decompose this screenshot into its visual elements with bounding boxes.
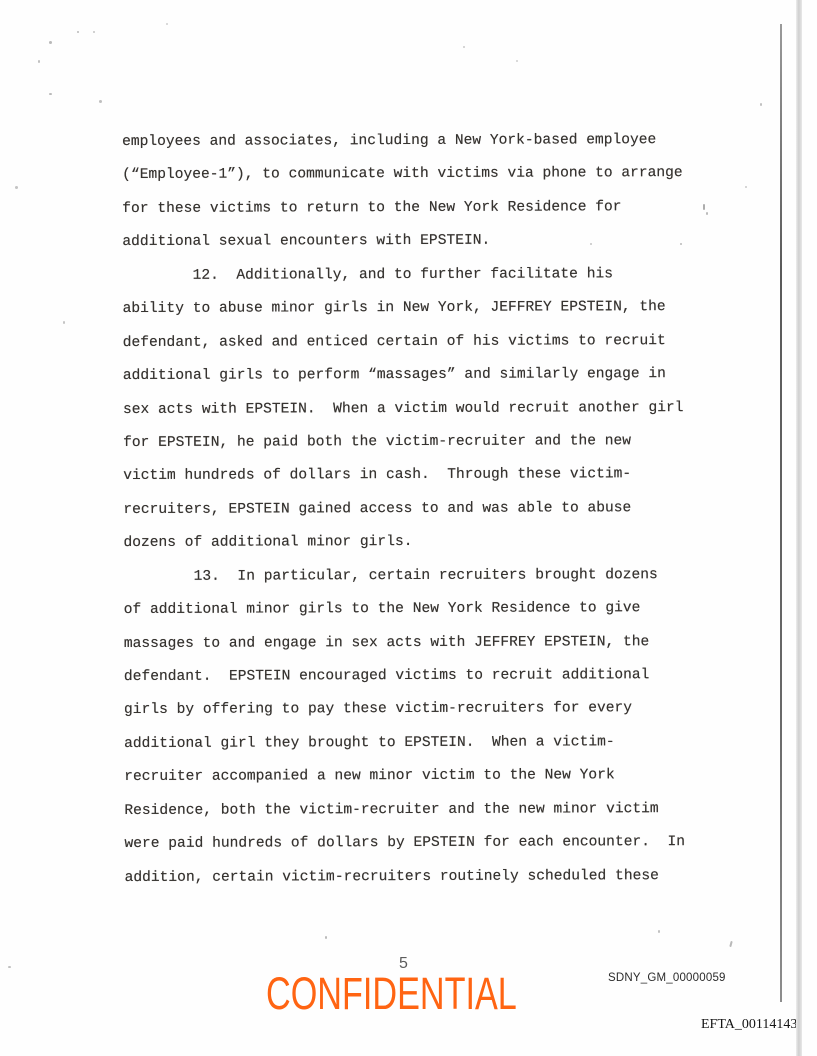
- body-text: employees and associates, including a Ne…: [122, 124, 715, 895]
- efta-number: EFTA_00114143: [701, 1017, 797, 1033]
- text-line: 13. In particular, certain recruiters br…: [124, 559, 714, 594]
- scan-speck: [658, 930, 660, 933]
- text-line: defendant. EPSTEIN encouraged victims to…: [124, 659, 714, 694]
- document-page: employees and associates, including a Ne…: [0, 0, 817, 1056]
- scan-speck: [49, 41, 52, 44]
- text-line: victim hundreds of dollars in cash. Thro…: [123, 458, 713, 493]
- text-line: dozens of additional minor girls.: [123, 525, 713, 560]
- scan-speck: [93, 31, 95, 33]
- text-line: were paid hundreds of dollars by EPSTEIN…: [124, 826, 714, 861]
- text-line: sex acts with EPSTEIN. When a victim wou…: [123, 391, 713, 426]
- scan-speck: [15, 186, 18, 189]
- scan-speck: [706, 212, 708, 215]
- page-edge-line: [780, 24, 782, 1002]
- scan-speck: [63, 321, 65, 324]
- scan-speck: [680, 243, 682, 245]
- text-line: for EPSTEIN, he paid both the victim-rec…: [123, 425, 713, 460]
- scan-speck: [463, 46, 465, 48]
- text-line: addition, certain victim-recruiters rout…: [125, 860, 715, 895]
- scan-speck: [590, 243, 592, 245]
- scan-speck: [49, 93, 52, 95]
- scan-speck: [745, 186, 747, 188]
- scan-speck: [99, 100, 102, 103]
- scan-speck: [516, 60, 518, 62]
- scan-speck: [8, 966, 11, 968]
- text-line: 12. Additionally, and to further facilit…: [122, 258, 712, 293]
- text-line: (“Employee-1”), to communicate with vict…: [122, 157, 712, 192]
- text-line: for these victims to return to the New Y…: [122, 191, 712, 226]
- text-line: girls by offering to pay these victim-re…: [124, 692, 714, 727]
- text-line: defendant, asked and enticed certain of …: [123, 325, 713, 360]
- text-line: additional girls to perform “massages” a…: [123, 358, 713, 393]
- text-line: massages to and engage in sex acts with …: [124, 625, 714, 660]
- scan-speck: [38, 60, 40, 63]
- scan-edge-band: [796, 0, 802, 1056]
- text-line: recruiter accompanied a new minor victim…: [124, 759, 714, 794]
- text-line: recruiters, EPSTEIN gained access to and…: [123, 492, 713, 527]
- scan-speck: [325, 936, 327, 939]
- scan-speck: [703, 204, 705, 210]
- scan-speck: [729, 941, 732, 947]
- scan-speck: [77, 31, 79, 33]
- scan-speck: [166, 23, 168, 25]
- bates-number: SDNY_GM_00000059: [608, 972, 726, 984]
- text-line: additional girl they brought to EPSTEIN.…: [124, 726, 714, 761]
- scan-speck: [760, 103, 762, 106]
- text-line: employees and associates, including a Ne…: [122, 124, 712, 159]
- text-line: ability to abuse minor girls in New York…: [123, 291, 713, 326]
- text-line: Residence, both the victim-recruiter and…: [124, 793, 714, 828]
- confidential-stamp: CONFIDENTIAL: [266, 971, 517, 1016]
- text-line: of additional minor girls to the New Yor…: [124, 592, 714, 627]
- text-line: additional sexual encounters with EPSTEI…: [122, 224, 712, 259]
